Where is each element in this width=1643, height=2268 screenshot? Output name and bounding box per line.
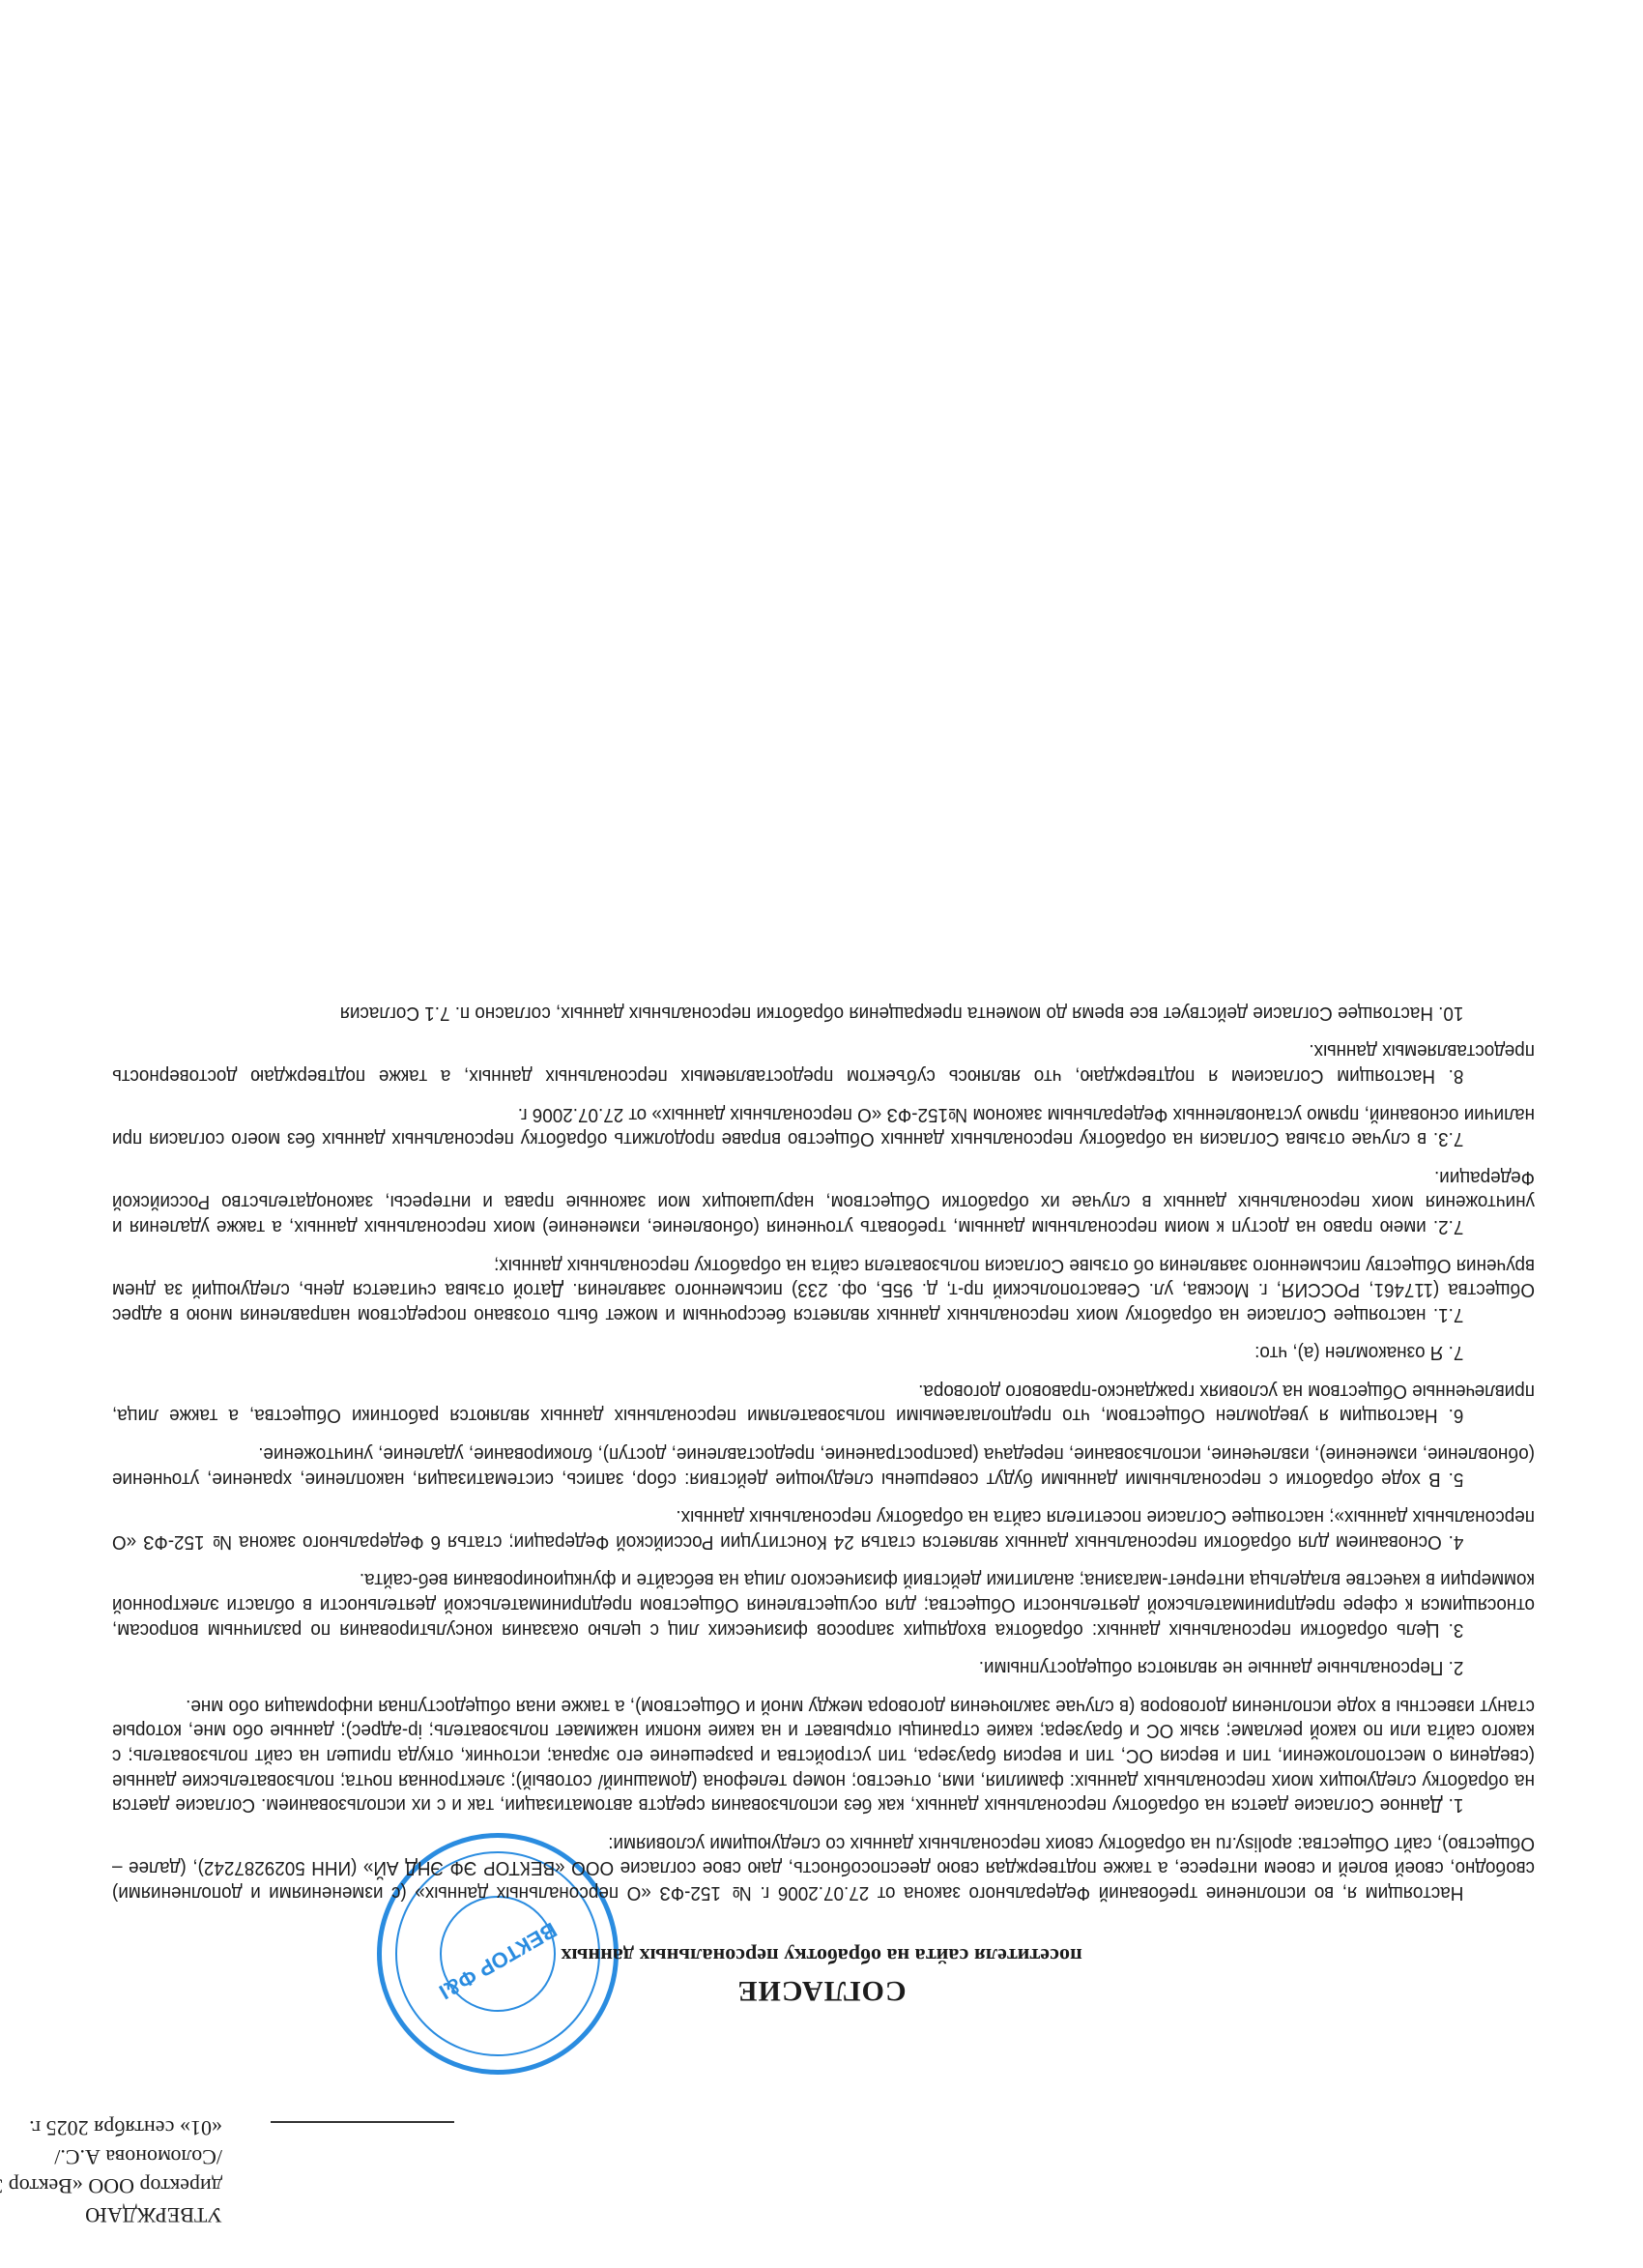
paragraph: 3. Цель обработки персональных данных: о… (112, 1568, 1535, 1643)
document-body: Настоящим я, во исполнение требований Фе… (112, 987, 1535, 1905)
paragraph: 7. Я ознакомлен (а), что: (112, 1341, 1535, 1366)
approval-heading: УТВЕРЖДАЮ (10, 2200, 222, 2229)
paragraph: 8. Настоящим Согласием я подтверждаю, чт… (112, 1039, 1535, 1089)
title-main: СОГЛАСИЕ (0, 1974, 1643, 2007)
document-page: УТВЕРЖДАЮ директор ООО «Вектор Эф Энд Ай… (0, 0, 1643, 2268)
approval-signatory: /Соломонова А.С./ (10, 2142, 222, 2171)
paragraph: 4. Основанием для обработки персональных… (112, 1505, 1535, 1555)
approval-block: УТВЕРЖДАЮ директор ООО «Вектор Эф Энд Ай… (10, 2113, 222, 2229)
signature-line (271, 2121, 454, 2123)
title-sub: посетителя сайта на обработку персональн… (0, 1943, 1643, 1968)
approval-position: директор ООО «Вектор Эф Энд Ай » (10, 2171, 222, 2200)
paragraph: 1. Данное Согласие дается на обработку п… (112, 1694, 1535, 1817)
paragraph: 7.2. имею право на доступ к моим персона… (112, 1165, 1535, 1239)
paragraph: Настоящим я, во исполнение требований Фе… (112, 1831, 1535, 1905)
paragraph: 10. Настоящее Согласие действует все вре… (112, 1001, 1535, 1026)
approval-date: «01» сентября 2025 г. (10, 2113, 222, 2142)
document-title: СОГЛАСИЕ посетителя сайта на обработку п… (0, 1943, 1643, 2007)
paragraph: 6. Настоящим я уведомлен Обществом, что … (112, 1379, 1535, 1428)
paragraph: 7.3. в случае отзыва Согласия на обработ… (112, 1102, 1535, 1151)
paragraph: 2. Персональные данные не являются общед… (112, 1656, 1535, 1681)
paragraph: 7.1. настоящее Согласие на обработку мои… (112, 1253, 1535, 1327)
paragraph: 5. В ходе обработки с персональными данн… (112, 1442, 1535, 1492)
